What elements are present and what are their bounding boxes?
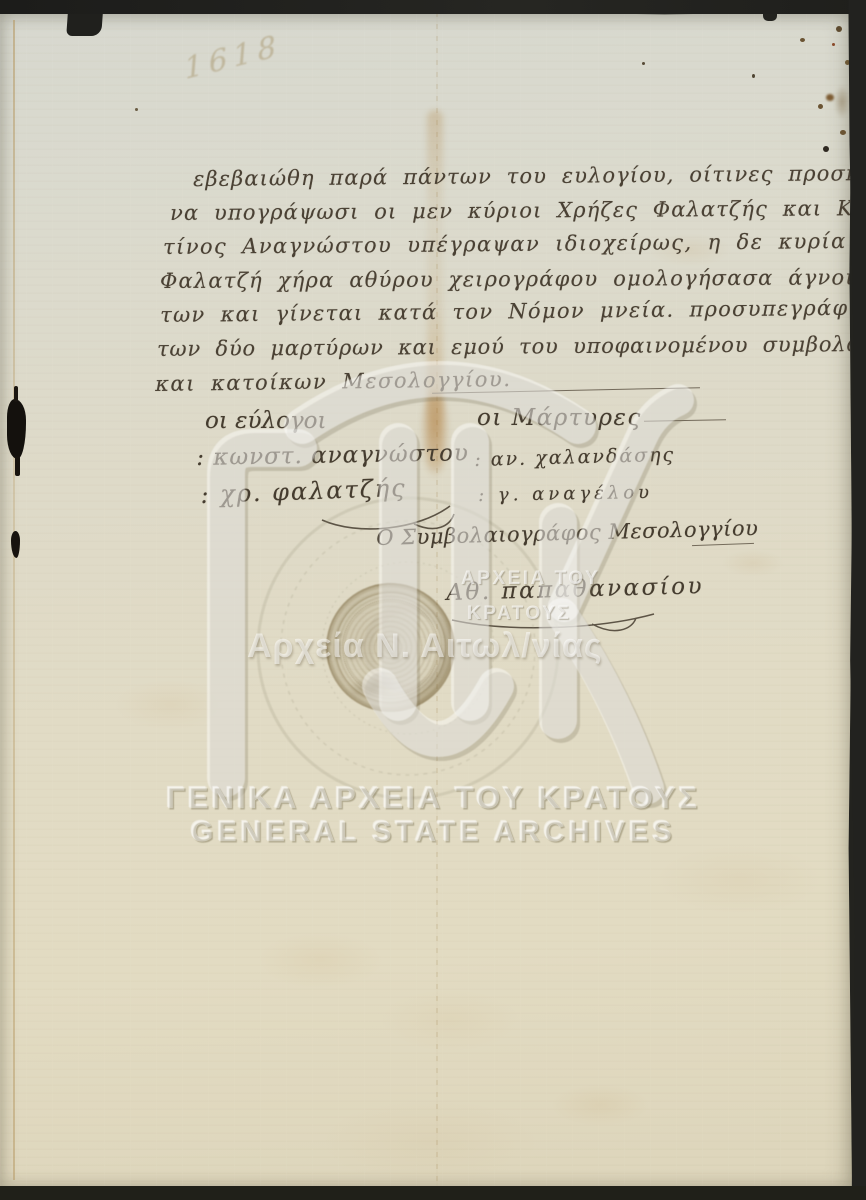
edge-ink-speck bbox=[818, 104, 823, 109]
party-signature-1: : κωνστ. αναγνώστου bbox=[196, 440, 469, 471]
bleed-through-number: 1618 bbox=[183, 28, 284, 87]
paper-sheet: 1618 εβεβαιώθη παρά πάντων του ευλογίου,… bbox=[0, 12, 852, 1190]
witness-signature-2: : γ. αναγέλου bbox=[478, 482, 653, 506]
scanned-archive-document: 1618 εβεβαιώθη παρά πάντων του ευλογίου,… bbox=[0, 0, 866, 1200]
manuscript-line-3: τίνος Αναγνώστου υπέγραψαν ιδιοχείρως, η… bbox=[163, 228, 866, 259]
paper-speck bbox=[752, 74, 755, 78]
ink-blot-stem bbox=[14, 386, 18, 402]
manuscript-line-2: να υπογράψωσι οι μεν κύριοι Χρήζες Φαλατ… bbox=[170, 196, 866, 225]
stamp-ink-blotch bbox=[346, 670, 403, 703]
edge-ink-speck bbox=[800, 38, 805, 42]
ink-blot-large bbox=[7, 399, 26, 459]
scanner-edge-top bbox=[0, 0, 866, 14]
witnesses-dash-rule bbox=[644, 419, 726, 421]
manuscript-line-4: Φαλατζή χήρα αθύρου χειρογράφου ομολογήσ… bbox=[160, 265, 866, 293]
scanner-edge-bottom bbox=[0, 1186, 866, 1200]
edge-ink-speck bbox=[840, 130, 846, 135]
paper-speck bbox=[642, 62, 645, 65]
parties-heading: οι εύλογοι bbox=[205, 408, 327, 434]
notary-dash-rule bbox=[692, 543, 754, 546]
manuscript-line-1: εβεβαιώθη παρά πάντων του ευλογίου, οίτι… bbox=[193, 160, 866, 191]
notary-signature: Αθ. παπαθανασίου bbox=[446, 573, 704, 606]
manuscript-line-5: των και γίνεται κατά τον Νόμον μνεία. πρ… bbox=[160, 295, 866, 327]
paper-speck bbox=[135, 108, 138, 111]
edge-ink-speck bbox=[836, 26, 842, 32]
manuscript-line-6: των δύο μαρτύρων και εμού του υποφαινομέ… bbox=[157, 331, 866, 361]
edge-ink-speck bbox=[826, 94, 834, 101]
edge-ink-smudge bbox=[834, 85, 850, 119]
ink-blot-tail bbox=[15, 456, 20, 476]
edge-ink-speck bbox=[832, 43, 835, 46]
paper-edge-notch bbox=[763, 14, 777, 21]
ink-blot-small bbox=[11, 531, 20, 558]
witness-signature-1: : αν. χαλανδάσης bbox=[474, 444, 675, 471]
edge-ink-speck bbox=[823, 146, 829, 152]
binding-notch bbox=[66, 14, 103, 36]
notary-signature-flourish bbox=[446, 608, 666, 638]
witnesses-heading: οι Μάρτυρες bbox=[477, 405, 642, 431]
left-fold-crease bbox=[13, 20, 15, 1180]
notary-round-ink-stamp bbox=[318, 575, 464, 721]
party-signature-2: : χρ. φαλατζής bbox=[200, 474, 407, 509]
